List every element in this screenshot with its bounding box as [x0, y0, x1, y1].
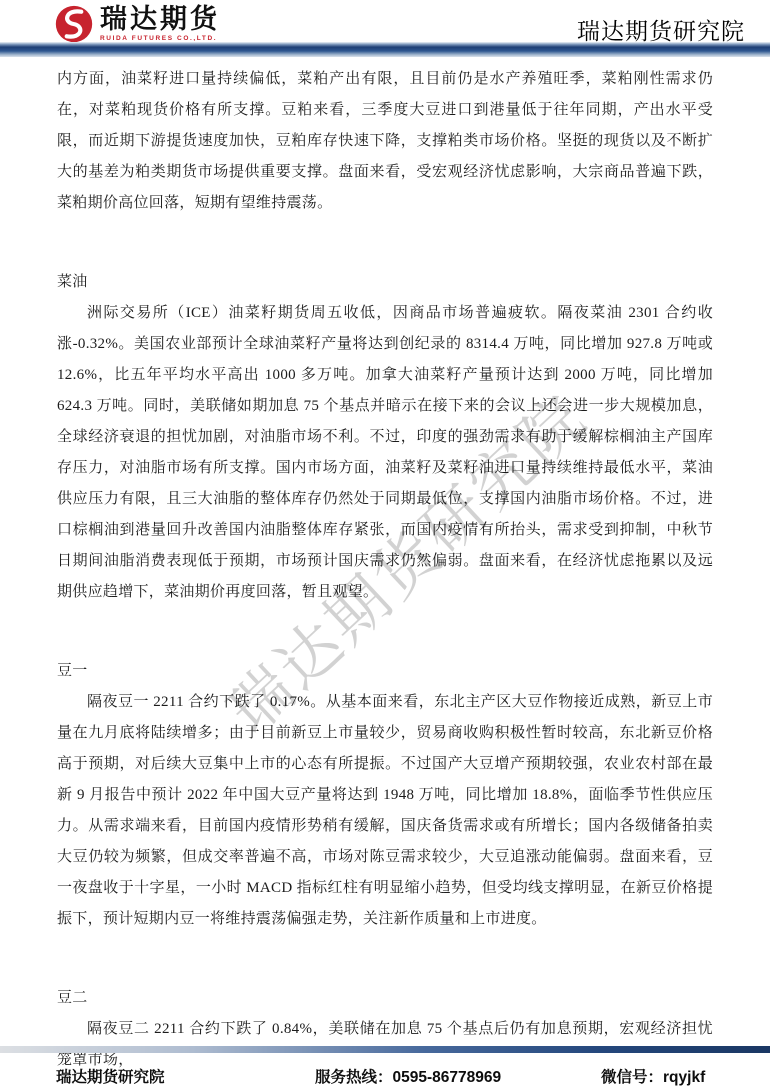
page-header: 瑞达期货 RUIDA FUTURES CO.,LTD. 瑞达期货研究院 [0, 0, 770, 42]
section-heading: 菜油 [57, 267, 713, 298]
body-paragraph: 隔夜豆一 2211 合约下跌了 0.17%。从基本面来看，东北主产区大豆作物接近… [57, 687, 713, 935]
footer-institute-name: 瑞达期货研究院 [56, 1065, 165, 1087]
ruida-logo-icon [54, 4, 94, 44]
company-logo: 瑞达期货 RUIDA FUTURES CO.,LTD. [54, 4, 220, 44]
footer-wechat: 微信号：rqyjkf [601, 1065, 705, 1087]
brand-name-cn: 瑞达期货 [100, 4, 220, 34]
hotline-label: 服务热线： [315, 1069, 393, 1086]
section-heading: 豆一 [57, 656, 713, 687]
footer-hotline: 服务热线：0595-86778969 [315, 1065, 501, 1087]
section-heading: 豆二 [57, 983, 713, 1014]
footer-divider-bar [0, 1046, 770, 1053]
wechat-label: 微信号： [601, 1069, 663, 1086]
body-paragraph: 洲际交易所（ICE）油菜籽期货周五收低，因商品市场普遍疲软。隔夜菜油 2301 … [57, 298, 713, 608]
header-divider-bar [0, 42, 770, 57]
brand-name-en: RUIDA FUTURES CO.,LTD. [100, 35, 220, 42]
page-footer: 瑞达期货研究院 服务热线：0595-86778969 微信号：rqyjkf [0, 1060, 770, 1089]
wechat-id: rqyjkf [663, 1069, 705, 1086]
hotline-number: 0595-86778969 [393, 1069, 502, 1086]
report-page: 瑞达期货研究院 瑞达期货 RUIDA FUTURES CO.,LTD. 瑞达期货… [0, 0, 770, 1089]
body-paragraph: 内方面，油菜籽进口量持续偏低，菜粕产出有限，且目前仍是水产养殖旺季，菜粕刚性需求… [57, 64, 713, 219]
document-body: 内方面，油菜籽进口量持续偏低，菜粕产出有限，且目前仍是水产养殖旺季，菜粕刚性需求… [57, 64, 713, 1076]
brand-text: 瑞达期货 RUIDA FUTURES CO.,LTD. [100, 4, 220, 42]
